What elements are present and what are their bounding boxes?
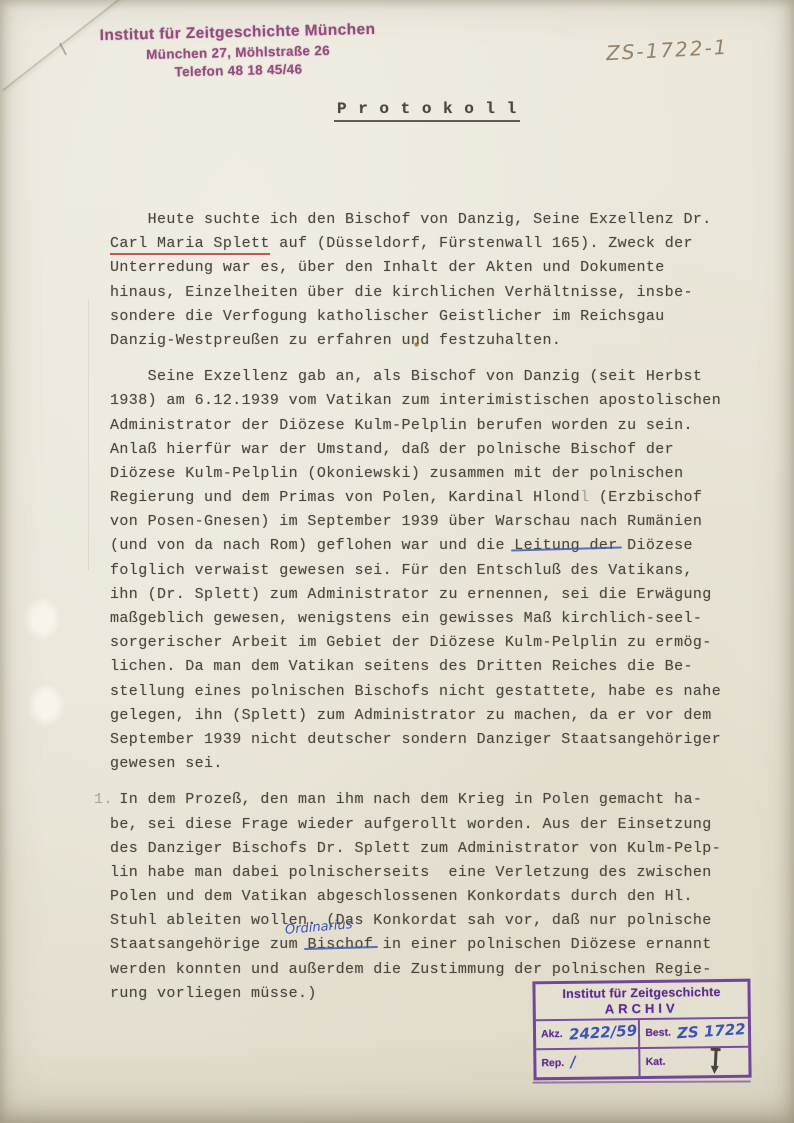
scanned-document-page: Institut für Zeitgeschichte München Münc… <box>0 0 794 1123</box>
best-cell: Best. ZS 1722 <box>640 1019 750 1047</box>
typewriter-text: lin habe man dabei polnischerseits eine … <box>110 864 712 881</box>
rep-cell: Rep. / <box>536 1049 641 1077</box>
text-line: Stuhl ableiten wollen. (Das Konkordat sa… <box>110 909 758 933</box>
best-label: Best. <box>645 1027 671 1039</box>
text-line: September 1939 nicht deutscher sondern D… <box>110 728 758 752</box>
typewriter-text: gelegen, ihn (Splett) zum Administrator … <box>110 707 712 724</box>
akz-handwritten-value: 2422/59 <box>568 1021 637 1043</box>
stamp-line-phone: Telefon 48 18 45/46 <box>88 60 388 82</box>
typewriter-text: (und von da nach Rom) geflohen war und d… <box>110 537 514 554</box>
best-handwritten-value: ZS 1722 <box>676 1020 746 1042</box>
typewriter-text: Administrator der Diözese Kulm-Pelplin b… <box>110 417 693 434</box>
typewriter-text: In dem Prozeß, den man ihm nach dem Krie… <box>110 791 702 808</box>
rep-label: Rep. <box>541 1057 564 1069</box>
typewriter-text: von Posen-Gnesen) im September 1939 über… <box>110 513 702 530</box>
faded-text: 1. <box>94 788 113 812</box>
text-line: 1. In dem Prozeß, den man ihm nach dem K… <box>110 788 758 812</box>
typewriter-text: Diözese <box>618 537 693 554</box>
fold-crease <box>88 300 89 570</box>
typewriter-text: 1938) am 6.12.1939 vom Vatikan zum inter… <box>110 392 721 409</box>
typewriter-text: ihn (Dr. Splett) zum Administrator zu er… <box>110 586 712 603</box>
akz-label: Akz. <box>541 1028 563 1040</box>
punch-hole <box>28 684 64 726</box>
akz-cell: Akz. 2422/59 <box>536 1020 641 1048</box>
text-line: gewesen sei. <box>110 752 758 776</box>
text-line: lichen. Da man dem Vatikan seitens des D… <box>110 655 758 679</box>
text-line: werden konnten und außerdem die Zustimmu… <box>110 958 758 982</box>
pin-arrow-mark <box>707 1048 724 1077</box>
archive-stamp-row: Akz. 2422/59 Best. ZS 1722 <box>536 1019 748 1051</box>
red-underlined-text: Carl Maria Splett <box>110 235 270 255</box>
text-line: folglich verwaist gewesen sei. Für den E… <box>110 559 758 583</box>
typewriter-text: stellung eines polnischen Bischofs nicht… <box>110 683 721 700</box>
typewriter-text: be, sei diese Frage wieder aufgerollt wo… <box>110 816 712 833</box>
text-line: Heute suchte ich den Bischof von Danzig,… <box>110 208 758 232</box>
text-line: sorgerischer Arbeit im Gebiet der Diözes… <box>110 631 758 655</box>
text-line: be, sei diese Frage wieder aufgerollt wo… <box>110 813 758 837</box>
text-line: lin habe man dabei polnischerseits eine … <box>110 861 758 885</box>
institute-header-stamp: Institut für Zeitgeschichte München Münc… <box>87 21 388 82</box>
typewriter-text: des Danziger Bischofs Dr. Splett zum Adm… <box>110 840 721 857</box>
typewriter-text: sorgerischer Arbeit im Gebiet der Diözes… <box>110 634 712 651</box>
typewriter-text: gewesen sei. <box>110 755 223 772</box>
text-line: Staatsangehörige zum BischofOrdinarius i… <box>110 933 758 957</box>
typewriter-text: September 1939 nicht deutscher sondern D… <box>110 731 721 748</box>
paragraph: 1. In dem Prozeß, den man ihm nach dem K… <box>110 788 758 1006</box>
typewriter-text: folglich verwaist gewesen sei. Für den E… <box>110 562 693 579</box>
text-line: Anlaß hierfür war der Umstand, daß der p… <box>110 438 758 462</box>
handwritten-insert: Ordinarius <box>285 914 354 944</box>
text-line: Danzig-Westpreußen zu erfahren und festz… <box>110 329 758 353</box>
text-line: stellung eines polnischen Bischofs nicht… <box>110 680 758 704</box>
archive-stamp-dept: ARCHIV <box>538 1000 746 1018</box>
text-line: Unterredung war es, über den Inhalt der … <box>110 256 758 280</box>
typewriter-text: Regierung und dem Primas von Polen, Kard… <box>110 489 580 506</box>
kat-cell: Kat. <box>641 1048 749 1076</box>
text-line: sondere die Verfogung katholischer Geist… <box>110 305 758 329</box>
punch-hole <box>24 598 60 640</box>
text-line: (und von da nach Rom) geflohen war und d… <box>110 534 758 558</box>
text-line: Regierung und dem Primas von Polen, Kard… <box>110 486 758 510</box>
rep-handwritten-value: / <box>570 1053 577 1071</box>
typewriter-text: maßgeblich gewesen, wenigstens ein gewis… <box>110 610 702 627</box>
typewriter-text: lichen. Da man dem Vatikan seitens des D… <box>110 658 693 675</box>
text-line: gelegen, ihn (Splett) zum Administrator … <box>110 704 758 728</box>
struck-through-text: BischofOrdinarius <box>307 933 373 957</box>
text-line: 1938) am 6.12.1939 vom Vatikan zum inter… <box>110 389 758 413</box>
kat-label: Kat. <box>646 1056 666 1068</box>
typewriter-text: sondere die Verfogung katholischer Geist… <box>110 308 665 325</box>
document-body: Heute suchte ich den Bischof von Danzig,… <box>110 208 758 1018</box>
text-line: Administrator der Diözese Kulm-Pelplin b… <box>110 414 758 438</box>
typewriter-text: Heute suchte ich den Bischof von Danzig,… <box>110 211 712 228</box>
typewriter-text: Anlaß hierfür war der Umstand, daß der p… <box>110 441 674 458</box>
typewriter-text: auf (Düsseldorf, Fürstenwall 165). Zweck… <box>270 235 693 252</box>
typewriter-text: Diözese Kulm-Pelplin (Okoniewski) zusamm… <box>110 465 684 482</box>
text-line: Seine Exzellenz gab an, als Bischof von … <box>110 365 758 389</box>
typewriter-text: in einer polnischen Diözese ernannt <box>373 936 711 953</box>
paragraph: Heute suchte ich den Bischof von Danzig,… <box>110 208 758 353</box>
typewriter-text: Stuhl ableiten wollen. (Das Konkordat sa… <box>110 912 712 929</box>
text-line: des Danziger Bischofs Dr. Splett zum Adm… <box>110 837 758 861</box>
typewriter-text: (Erzbischof <box>589 489 702 506</box>
text-line: von Posen-Gnesen) im September 1939 über… <box>110 510 758 534</box>
typewriter-text: werden konnten und außerdem die Zustimmu… <box>110 961 712 978</box>
text-line: hinaus, Einzelheiten über die kirchliche… <box>110 281 758 305</box>
text-line: ihn (Dr. Splett) zum Administrator zu er… <box>110 583 758 607</box>
typewriter-text: rung vorliegen müsse.) <box>110 985 317 1002</box>
typewriter-text: Seine Exzellenz gab an, als Bischof von … <box>110 368 702 385</box>
document-title: P r o t o k o l l <box>334 100 520 122</box>
text-line: Diözese Kulm-Pelplin (Okoniewski) zusamm… <box>110 462 758 486</box>
archive-stamp-org: Institut für Zeitgeschichte <box>537 985 745 1002</box>
typewriter-text: Staatsangehörige zum <box>110 936 307 953</box>
pin-tip <box>710 1066 718 1074</box>
typewriter-text: hinaus, Einzelheiten über die kirchliche… <box>110 284 693 301</box>
struck-through-text: Leitung der <box>514 534 617 558</box>
text-line: Polen und dem Vatikan abgeschlossenen Ko… <box>110 885 758 909</box>
paragraph: Seine Exzellenz gab an, als Bischof von … <box>110 365 758 776</box>
faded-text: l <box>580 489 589 506</box>
text-line: maßgeblich gewesen, wenigstens ein gewis… <box>110 607 758 631</box>
text-line: Carl Maria Splett auf (Düsseldorf, Fürst… <box>110 232 758 256</box>
typewriter-text: Polen und dem Vatikan abgeschlossenen Ko… <box>110 888 693 905</box>
archive-stamp-header: Institut für Zeitgeschichte ARCHIV <box>535 982 747 1022</box>
typewriter-text: Danzig-Westpreußen zu erfahren und festz… <box>110 332 561 349</box>
typewriter-text: Unterredung war es, über den Inhalt der … <box>110 259 665 276</box>
handwritten-archival-number: ZS-1722-1 <box>605 35 729 65</box>
